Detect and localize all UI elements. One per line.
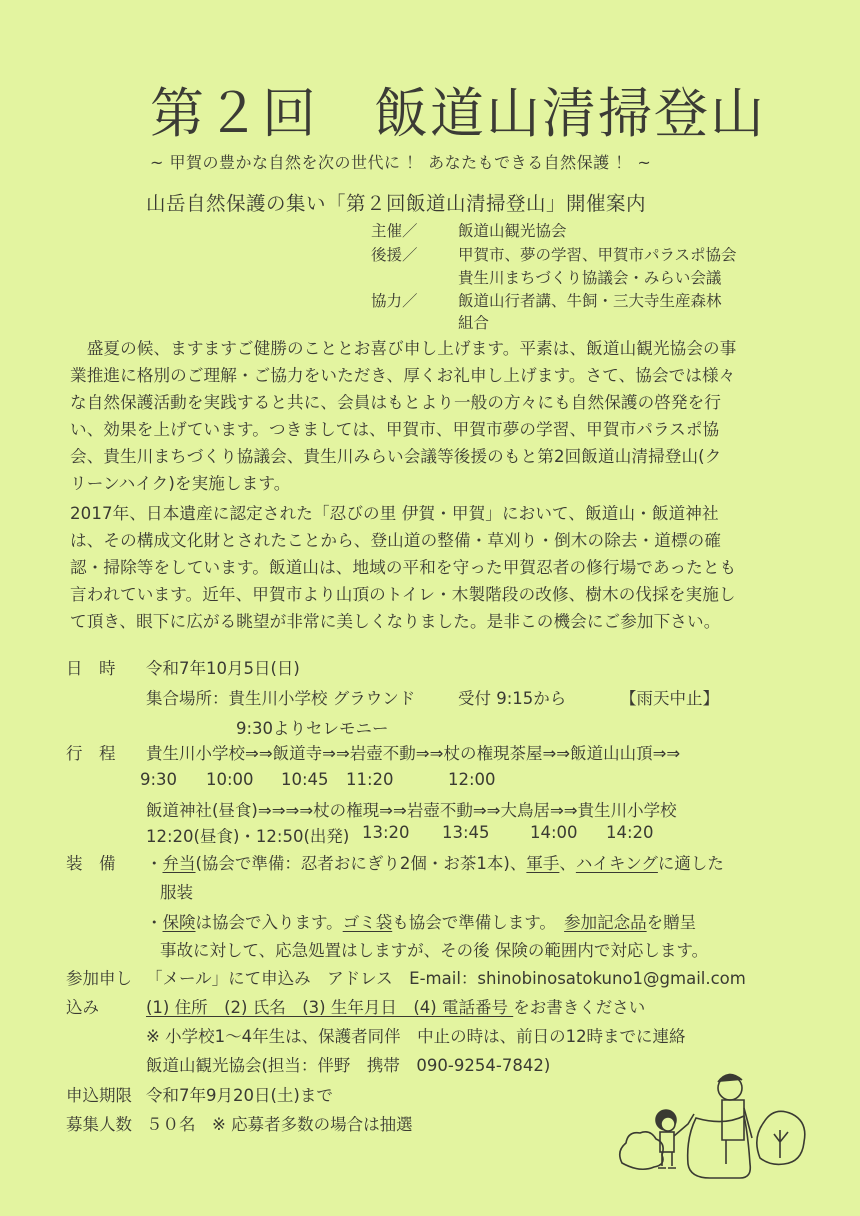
time-1: 9:30 [140,770,177,789]
org-support-2: 貴生川まちづくり協議会・みらい会議 [458,268,721,288]
bullet: ・ [146,913,163,932]
contact-info: 飯道山観光協会(担当：伴野 携帯 090-9254-7842) [146,1052,550,1076]
intro-line: て頂き、眼下に広がる眺望が非常に美しくなりました。是非この機会にご参加下さい。 [70,608,720,632]
org-support-1: 甲賀市、夢の学習、甲賀市パラスポ協会 [458,245,737,265]
time-6: 12:20(昼食)・12:50(出発) [146,823,349,847]
intro-line: 盛夏の候、ますますご健勝のこととお喜び申し上げます。平素は、飯道山観光協会の事 [70,335,736,359]
deadline-label: 申込期限 [66,1082,132,1106]
equipment-line-3: ・保険は協会で入ります。ゴミ袋も協会で準備します。 参加記念品を贈呈 [146,909,696,933]
org-coop-1: 飯道山行者講、牛飼・三大寺生産森林 [458,291,722,311]
cleanup-illustration-icon [610,1058,840,1188]
meeting-place: 集合場所：貴生川小学校 グラウンド [146,685,415,709]
headline: 山岳自然保護の集い「第２回飯道山清掃登山」開催案内 [146,188,646,216]
lunch-text: 弁当 [163,854,196,873]
org-label-host: 主催／ [371,221,418,241]
garbage-bag-text: ゴミ袋 [343,913,393,932]
equipment-line-2: 服装 [160,879,193,903]
suitable-text: に適した [658,854,724,873]
separator: 、 [559,854,576,873]
fields-instruction: をお書きください [513,998,645,1017]
lunch-detail: (協会で準備：忍者おにぎり2個・お茶1本)、 [196,854,527,873]
schedule-label: 行 程 [66,740,116,764]
hiking-text: ハイキング [576,854,658,873]
souvenir-text: 参加記念品 [564,913,647,932]
intro-line: い、効果を上げています。つきましては、甲賀市、甲賀市夢の学習、甲賀市パラスポ協 [70,416,719,440]
time-3: 10:45 [281,770,329,789]
time-7: 13:20 [362,823,410,842]
reception-time: 受付 9:15から [458,685,566,709]
equipment-line-4: 事故に対して、応急処置はしますが、その後 保険の範囲内で対応します。 [160,937,708,961]
intro-line: は、その構成文化財とされたことから、登山道の整備・草刈り・倒木の除去・道標の確 [70,527,721,551]
required-fields: (1) 住所 (2) 氏名 (3) 生年月日 (4) 電話番号 [146,998,513,1017]
time-10: 14:20 [606,823,654,842]
capacity-label: 募集人数 [66,1111,132,1135]
time-4: 11:20 [346,770,394,789]
time-9: 14:00 [530,823,578,842]
org-label-coop: 協力／ [371,291,418,311]
intro-line: 認・掃除等をしています。飯道山は、地域の平和を守った甲賀忍者の修行場であったとも [70,554,736,578]
org-host: 飯道山観光協会 [458,221,567,241]
route-outbound: 貴生川小学校⇒⇒飯道寺⇒⇒岩壺不動⇒⇒杖の権現茶屋⇒⇒飯道山山頂⇒⇒ [146,740,680,764]
org-label-support: 後援／ [371,245,418,265]
application-note: ※ 小学校1～4年生は、保護者同伴 中止の時は、前日の12時までに連絡 [146,1023,686,1047]
capacity-value: ５０名 ※ 応募者多数の場合は抽選 [146,1111,413,1135]
application-fields: (1) 住所 (2) 氏名 (3) 生年月日 (4) 電話番号 をお書きください [146,994,645,1018]
time-8: 13:45 [442,823,490,842]
intro-line: リーンハイク)を実施します。 [70,470,290,494]
application-method: 「メール」にて申込み アドレス E-mail：shinobinosatokuno… [146,965,746,989]
route-return: 飯道神社(昼食)⇒⇒⇒⇒杖の権現⇒⇒岩壺不動⇒⇒大鳥居⇒⇒貴生川小学校 [146,797,677,821]
intro-line: 業推進に格別のご理解・ご協力をいただき、厚くお礼申し上げます。さて、協会では様々 [70,362,735,386]
insurance-detail: は協会で入ります。 [196,913,343,932]
ceremony-time: 9:30よりセレモニー [236,715,389,739]
event-date: 令和7年10月5日(日) [146,655,300,679]
subtitle: ~ 甲賀の豊かな自然を次の世代に ！ あなたもできる自然保護 ！ ~ [150,150,651,173]
gloves-text: 軍手 [526,854,559,873]
page-title: 第２回 飯道山清掃登山 [150,84,766,144]
datetime-label: 日 時 [66,655,116,679]
deadline-value: 令和7年9月20日(土)まで [146,1082,333,1106]
intro-line: 言われています。近年、甲賀市より山頂のトイレ・木製階段の改修、樹木の伐採を実施し [70,581,736,605]
souvenir-detail: を贈呈 [647,913,697,932]
equipment-label: 装 備 [66,850,116,874]
garbage-bag-detail: も協会で準備します。 [392,913,564,932]
time-5: 12:00 [448,770,496,789]
bullet: ・ [146,854,163,873]
intro-line: 会、貴生川まちづくり協議会、貴生川みらい会議等後援のもと第2回飯道山清掃登山(ク [70,443,721,467]
application-label-2: 込み [66,994,99,1018]
intro-line: 2017年、日本遺産に認定された「忍びの里 伊賀・甲賀」において、飯道山・飯道神… [70,500,719,524]
application-label-1: 参加申し [66,965,132,989]
insurance-text: 保険 [163,913,196,932]
intro-line: な自然保護活動を実践すると共に、会員はもとより一般の方々にも自然保護の啓発を行 [70,389,721,413]
equipment-line-1: ・弁当(協会で準備：忍者おにぎり2個・お茶1本)、軍手、ハイキングに適した [146,850,724,874]
rain-cancel-note: 【雨天中止】 [620,685,719,709]
time-2: 10:00 [206,770,254,789]
org-coop-2: 組合 [458,313,489,333]
